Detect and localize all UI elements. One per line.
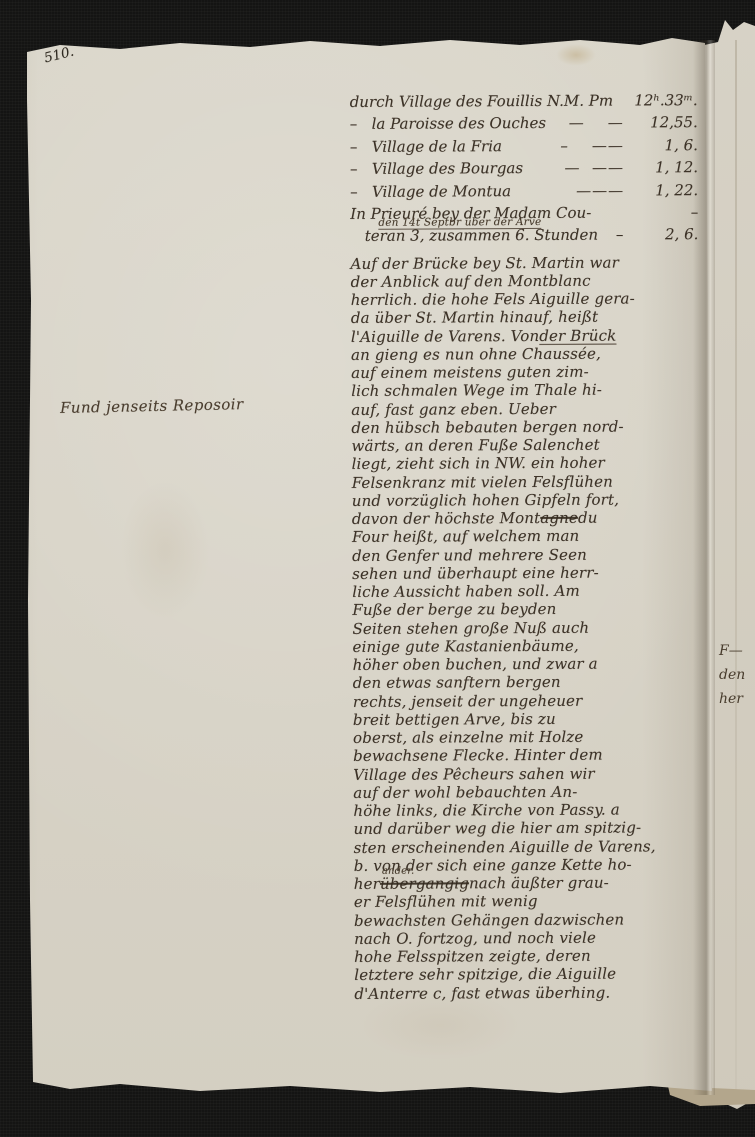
itinerary-place: – Village de Montua	[350, 182, 511, 201]
itinerary-row: – la Paroisse des Ouches— —12,55.	[350, 113, 698, 137]
manuscript-line: her übergangigander. nach äußter grau-	[354, 873, 702, 893]
itinerary-time-value: 1, 6.	[636, 136, 698, 154]
manuscript-line: hohe Felsspitzen zeigte, deren	[354, 946, 702, 966]
itinerary-dashes: — —	[569, 114, 624, 132]
manuscript-line: bewachsene Flecke. Hinter dem	[353, 746, 701, 766]
itinerary-dashes: – ——	[560, 136, 624, 154]
manuscript-line: oberst, als einzelne mit Holze	[353, 727, 701, 747]
manuscript-line: Auf der Brücke bey St. Martin war	[350, 253, 698, 273]
manuscript-line: davon der höchste Montagne du	[352, 508, 700, 528]
next-page-text-fragment: her	[719, 691, 743, 707]
manuscript-page: 510. Fund jenseits Reposoir durch Villag…	[0, 0, 755, 1137]
text-segment: l'Aiguille de Varens. Von	[351, 327, 539, 346]
manuscript-line: rechts, jenseit der ungeheuer	[353, 691, 701, 711]
text-segment: nach äußter grau-	[469, 874, 609, 893]
manuscript-line: wärts, an deren Fuße Salenchet	[351, 435, 699, 455]
manuscript-line: einige gute Kastanienbäume,	[352, 636, 700, 656]
text-segment: davon der höchste Mont	[352, 509, 540, 528]
manuscript-line: er Felsflühen mit wenig	[354, 892, 702, 912]
manuscript-line: Four heißt, auf welchem man	[352, 527, 700, 547]
itinerary-list: durch Village des Fouillis N.M. Pm12ʰ.33…	[350, 91, 699, 250]
manuscript-line: höher oben buchen, und zwar a	[353, 654, 701, 674]
itinerary-time-value: –	[636, 203, 698, 221]
margin-note: Fund jenseits Reposoir	[60, 395, 244, 417]
itinerary-dashes: –	[616, 226, 625, 244]
page-number: 510.	[43, 44, 76, 67]
manuscript-line: herrlich. die hohe Fels Aiguille gera-	[351, 289, 699, 309]
manuscript-line: l'Aiguille de Varens. Von der Brück	[351, 326, 699, 346]
foxing-stain	[120, 480, 210, 620]
next-page-crease	[735, 40, 737, 1100]
itinerary-time-value: 12ʰ.33ᵐ.	[634, 91, 697, 109]
itinerary-dashes: — ——	[564, 159, 624, 177]
struck-out-word: übergangigander.	[380, 875, 469, 893]
manuscript-line: Fuße der berge zu beyden	[352, 600, 700, 620]
itinerary-place: – Village de la Fria	[350, 137, 502, 156]
book-scan: 510. Fund jenseits Reposoir durch Villag…	[0, 0, 755, 1137]
manuscript-line: nach O. fortzog, und noch viele	[354, 928, 702, 948]
itinerary-time-value: 12,55.	[636, 113, 698, 131]
itinerary-place: – Village des Bourgas	[350, 159, 523, 178]
next-page-text-fragment: den	[719, 667, 745, 683]
itinerary-row: – Village des Bourgas— ——1, 12.	[350, 158, 698, 182]
manuscript-line: liche Aussicht haben soll. Am	[352, 581, 700, 601]
text-segment: her	[354, 875, 380, 893]
manuscript-text-block: durch Village des Fouillis N.M. Pm12ʰ.33…	[350, 91, 703, 1003]
manuscript-line: und vorzüglich hohen Gipfeln fort,	[352, 490, 700, 510]
manuscript-line: sehen und überhaupt eine herr-	[352, 563, 700, 583]
manuscript-line: letztere sehr spitzige, die Aiguille	[354, 965, 702, 985]
manuscript-line: an gieng es nun ohne Chaussée,	[351, 344, 699, 364]
manuscript-line: da über St. Martin hinauf, heißt	[351, 308, 699, 328]
manuscript-line: den hübsch bebauten bergen nord-	[351, 417, 699, 437]
manuscript-line: Seiten stehen große Nuß auch	[352, 618, 700, 638]
struck-out-word: agne	[540, 509, 578, 527]
manuscript-line: auf einem meistens guten zim-	[351, 362, 699, 382]
itinerary-dashes: ———	[576, 181, 624, 199]
itinerary-row: – Village de Montua———1, 22.	[350, 181, 698, 205]
manuscript-line: den Genfer und mehrere Seen	[352, 545, 700, 565]
manuscript-line: d'Anterre c, fast etwas überhing.	[354, 983, 702, 1003]
itinerary-time-value: 2, 6.	[636, 225, 698, 243]
interlinear-insertion: den 14t Septbr über der Arve	[378, 216, 541, 230]
manuscript-line: höhe links, die Kirche von Passy. a	[353, 800, 701, 820]
manuscript-line: und darüber weg die hier am spitzig-	[353, 819, 701, 839]
manuscript-line: Village des Pêcheurs sahen wir	[353, 764, 701, 784]
manuscript-line: breit bettigen Arve, bis zu	[353, 709, 701, 729]
text-segment: du	[578, 509, 598, 527]
correction-word: ander.	[382, 866, 415, 877]
itinerary-row: – Village de la Fria– ——1, 6.	[350, 136, 698, 160]
itinerary-row: den 14t Septbr über der Arve teran 3, zu…	[350, 225, 698, 249]
itinerary-row: durch Village des Fouillis N.M. Pm12ʰ.33…	[350, 91, 698, 115]
manuscript-line: Felsenkranz mit vielen Felsflühen	[352, 472, 700, 492]
manuscript-line: bewachsten Gehängen dazwischen	[354, 910, 702, 930]
manuscript-line: liegt, zieht sich in NW. ein hoher	[352, 454, 700, 474]
manuscript-line: auf der wohl bebauchten An-	[353, 782, 701, 802]
manuscript-line: auf, fast ganz eben. Ueber	[351, 399, 699, 419]
itinerary-time-value: 1, 12.	[636, 158, 698, 176]
manuscript-line: den etwas sanftern bergen	[353, 673, 701, 693]
next-page-text-fragment: F—	[719, 643, 743, 659]
itinerary-time-value: 1, 22.	[636, 181, 698, 199]
manuscript-line: lich schmalen Wege im Thale hi-	[351, 381, 699, 401]
body-text: Auf der Brücke bey St. Martin warder Anb…	[350, 253, 702, 1003]
itinerary-place: durch Village des Fouillis N.M. Pm	[350, 92, 614, 111]
manuscript-line: sten erscheinenden Aiguille de Varens,	[354, 837, 702, 857]
foxing-stain	[556, 44, 596, 66]
itinerary-place: – la Paroisse des Ouches	[350, 114, 546, 133]
underlined-word: der Brück	[539, 326, 616, 344]
manuscript-line: der Anblick auf den Montblanc	[351, 271, 699, 291]
